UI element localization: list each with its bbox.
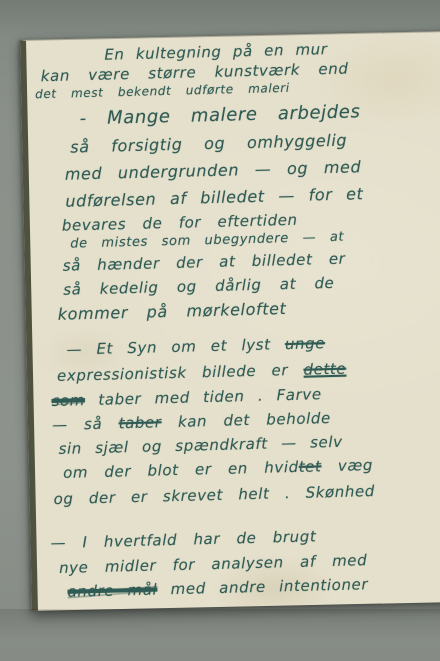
handwritten-text: - Mange malere arbejdes (79, 101, 360, 129)
handwritten-text: så kedelig og dårlig at de (63, 274, 335, 299)
handwritten-line: som taber med tiden . Farve (51, 385, 322, 410)
handwritten-line: - Mange malere arbejdes (79, 101, 360, 129)
handwritten-line: så forsigtig og omhyggelig (70, 131, 347, 157)
handwritten-text: — så (52, 414, 119, 434)
handwritten-line: expressionistisk billede er dette (57, 360, 347, 385)
handwritten-text: nye midler for analysen af med (59, 551, 368, 577)
handwritten-line: med undergrunden — og med (65, 157, 362, 183)
crossed-out-word: tet (298, 457, 321, 476)
handwritten-text: med undergrunden — og med (65, 157, 362, 183)
crossed-out-word: unge (285, 334, 326, 353)
handwritten-line: kommer på mørkeloftet (58, 299, 287, 324)
handwritten-line: andre mål med andre intentioner (67, 575, 368, 601)
handwritten-text: om der blot er en hvid (63, 458, 299, 482)
handwritten-line: — I hvertfald har de brugt (50, 527, 316, 552)
handwritten-text: så forsigtig og omhyggelig (70, 131, 347, 157)
handwritten-text: og der er skrevet helt . Skønhed (53, 482, 375, 508)
handwritten-text: kan det beholde (161, 409, 331, 431)
handwritten-line: kan være større kunstværk end (41, 59, 349, 85)
handwritten-text: udførelsen af billedet — for et (65, 184, 363, 211)
handwritten-text: — I hvertfald har de brugt (50, 527, 316, 552)
handwritten-text: — Et Syn om et lyst (66, 335, 285, 359)
handwritten-line: — så taber kan det beholde (52, 409, 331, 434)
crossed-out-word: dette (303, 360, 346, 379)
crossed-out-word: taber (118, 413, 161, 432)
handwritten-line: så hænder der at billedet er (63, 250, 346, 275)
handwritten-line: — Et Syn om et lyst unge (66, 334, 325, 359)
note-paper: En kultegning på en murkan være større k… (20, 31, 440, 611)
handwritten-line: udførelsen af billedet — for et (65, 184, 363, 211)
backdrop-shadow (0, 609, 440, 661)
handwritten-text: taber med tiden . Farve (85, 385, 322, 409)
crossed-out-word: andre mål (67, 581, 157, 601)
handwritten-text: så hænder der at billedet er (63, 250, 346, 275)
handwritten-text: sin sjæl og spændkraft — selv (58, 433, 342, 458)
handwritten-line: så kedelig og dårlig at de (63, 274, 335, 299)
handwritten-text: expressionistisk billede er (57, 361, 304, 385)
handwritten-line: sin sjæl og spændkraft — selv (58, 433, 342, 458)
handwritten-text: kommer på mørkeloftet (58, 299, 287, 324)
handwritten-text: væg (321, 456, 373, 475)
crossed-out-word: som (51, 391, 85, 410)
handwritten-text: kan være større kunstværk end (41, 59, 349, 85)
handwritten-text-block: En kultegning på en murkan være større k… (26, 32, 440, 611)
handwritten-line: og der er skrevet helt . Skønhed (53, 482, 375, 508)
handwritten-line: om der blot er en hvidtet væg (63, 456, 373, 482)
photo-of-handwritten-note: En kultegning på en murkan være større k… (0, 0, 440, 661)
handwritten-text: med andre intentioner (157, 575, 368, 598)
handwritten-line: nye midler for analysen af med (59, 551, 368, 577)
